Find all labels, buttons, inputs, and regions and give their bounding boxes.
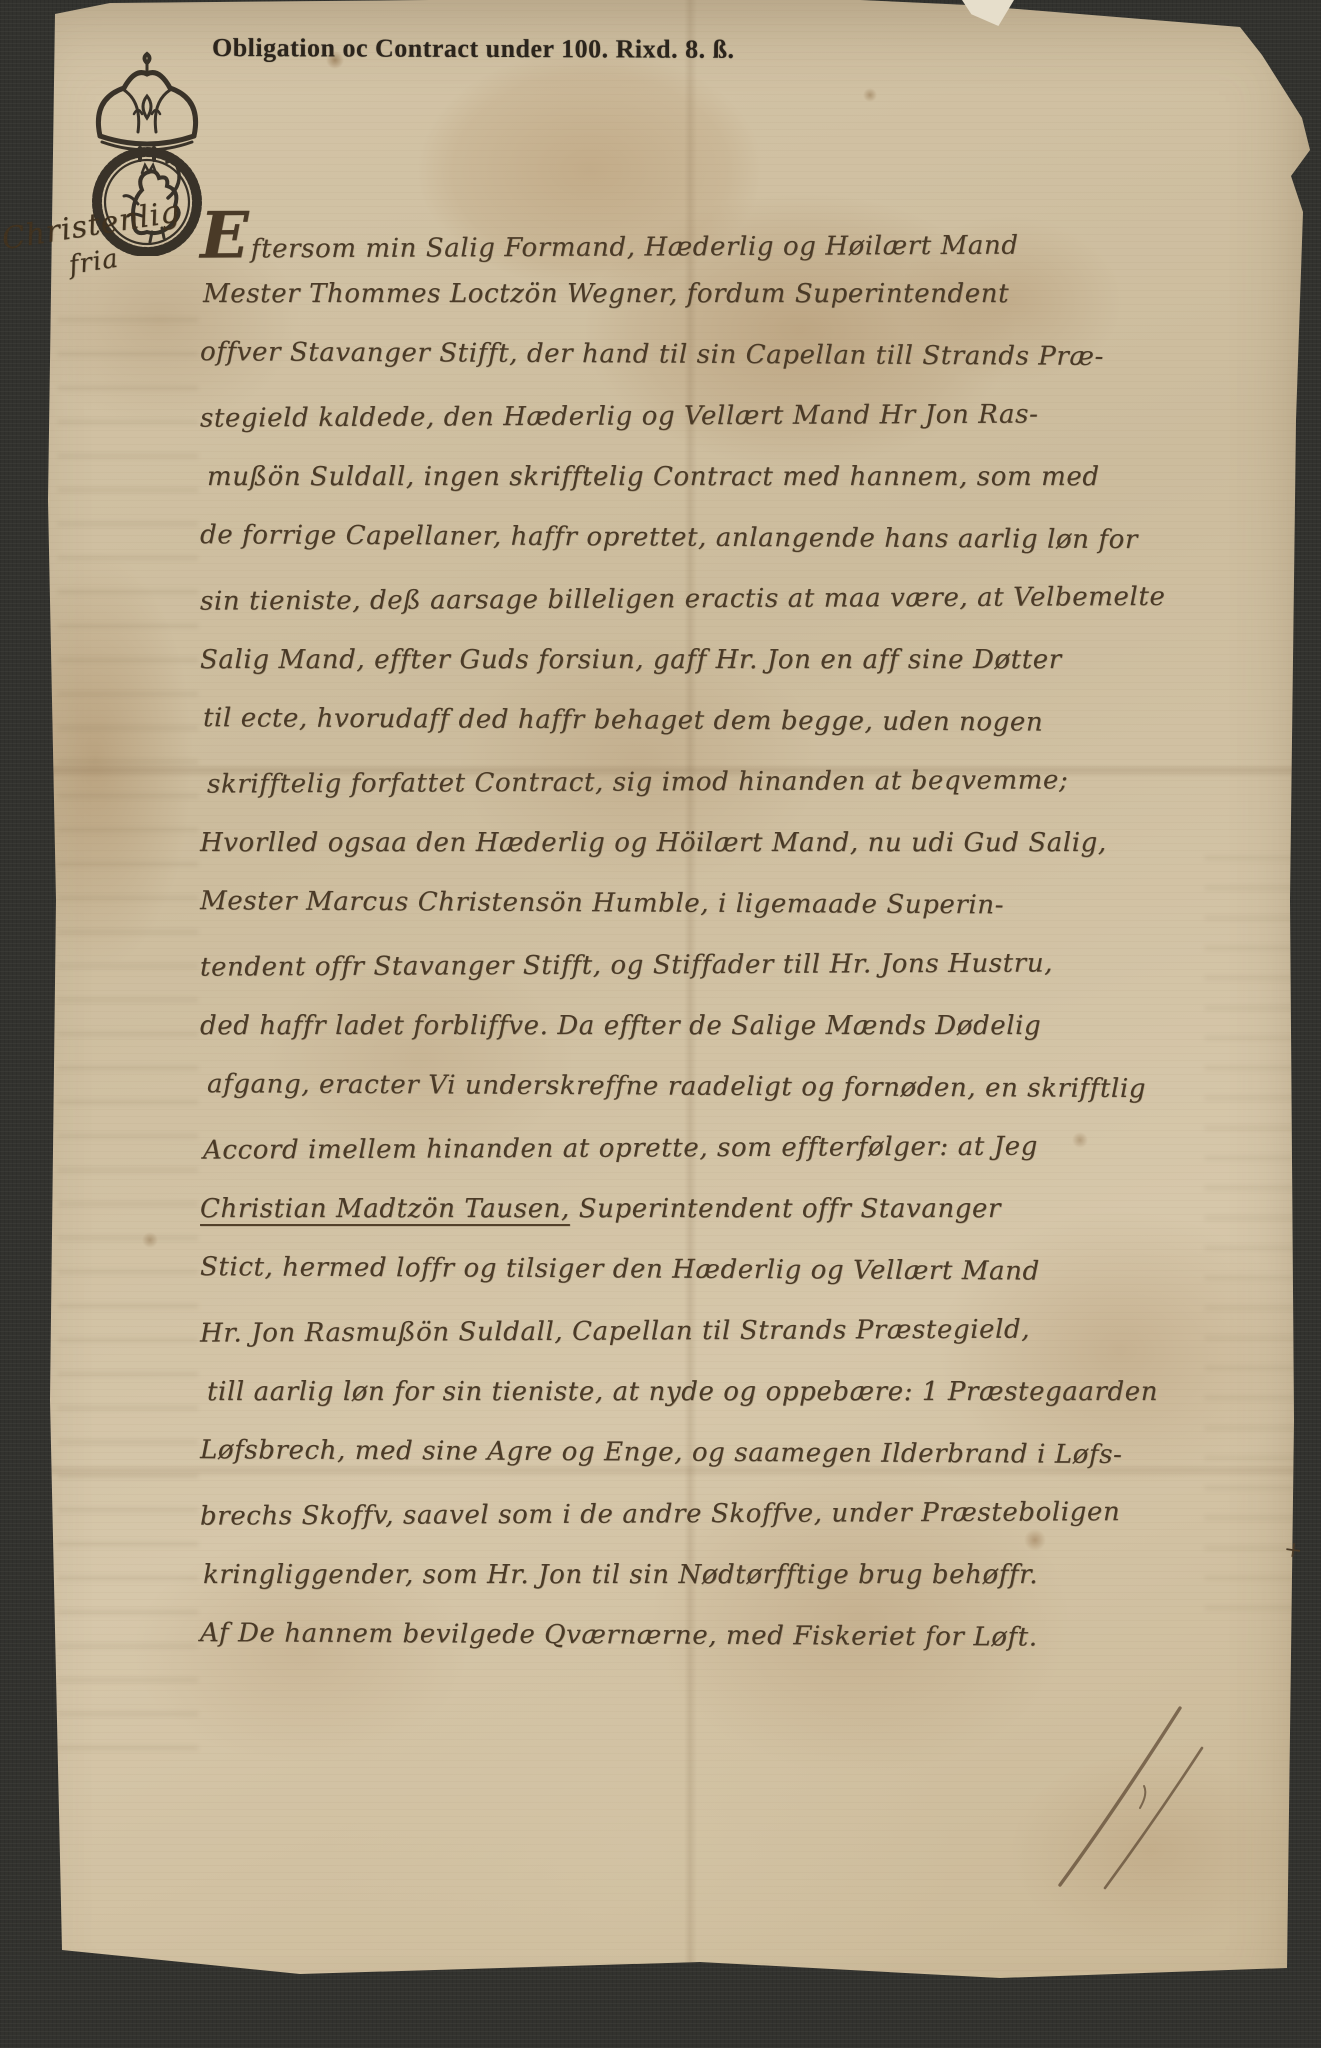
manuscript-line: ded haffr ladet forbliffve. Da effter de… (200, 996, 1280, 1057)
manuscript-line: Hvorlled ogsaa den Hæderlig og Höilært M… (200, 813, 1280, 874)
manuscript-line: kringliggender, som Hr. Jon til sin Nødt… (203, 1545, 1280, 1606)
manuscript-line: Accord imellem hinanden at oprette, som … (203, 1115, 1280, 1181)
manuscript-line: de forrige Capellaner, haffr oprettet, a… (200, 505, 1280, 572)
printed-stamp-duty-header: Obligation oc Contract under 100. Rixd. … (212, 33, 772, 65)
manuscript-line: Eftersom min Salig Formand, Hæderlig og … (200, 200, 1280, 266)
marginal-cross-mark: + (1282, 1537, 1304, 1564)
manuscript-body-text: Eftersom min Salig Formand, Hæderlig og … (200, 203, 1280, 1667)
manuscript-line: afgang, eracter Vi underskreffne raadeli… (207, 1054, 1280, 1121)
manuscript-line: Hr. Jon Rasmußön Suldall, Capellan til S… (200, 1298, 1280, 1364)
manuscript-line: stegield kaldede, den Hæderlig og Vellær… (200, 383, 1280, 449)
pen-flourish-strokes (1020, 1690, 1240, 1900)
manuscript-line: till aarlig løn for sin tieniste, at nyd… (207, 1362, 1280, 1423)
manuscript-line: sin tieniste, deß aarsage billeligen era… (200, 566, 1280, 632)
manuscript-line: tendent offr Stavanger Stifft, og Stiffa… (200, 932, 1280, 998)
manuscript-line: Af De hannem bevilgede Qværnærne, med Fi… (200, 1603, 1280, 1670)
line-continuation: Superintendent offr Stavanger (570, 1194, 1001, 1224)
manuscript-line: mußön Suldall, ingen skrifftelig Contrac… (207, 447, 1280, 508)
manuscript-line: Mester Marcus Christensön Humble, i lige… (200, 871, 1280, 938)
underlined-name: Christian Madtzön Tausen, (200, 1194, 570, 1224)
manuscript-line: Stict, hermed loffr og tilsiger den Hæde… (200, 1237, 1280, 1304)
manuscript-line-underlined-name: Christian Madtzön Tausen, Superintendent… (200, 1179, 1280, 1240)
manuscript-line: Salig Mand, effter Guds forsiun, gaff Hr… (200, 630, 1280, 691)
manuscript-line: til ecte, hvorudaff ded haffr behaget de… (203, 688, 1280, 755)
manuscript-line: skrifftelig forfattet Contract, sig imod… (207, 749, 1280, 815)
manuscript-line: Mester Thommes Loctzön Wegner, fordum Su… (203, 264, 1280, 325)
manuscript-line: brechs Skoffv, saavel som i de andre Sko… (200, 1481, 1280, 1547)
manuscript-photo-canvas: { "document": { "kind_label": "17th-cent… (0, 0, 1321, 2048)
ink-bleedthrough-left (58, 300, 198, 1750)
manuscript-line: Løfsbrech, med sine Agre og Enge, og saa… (200, 1420, 1280, 1487)
manuscript-line: offver Stavanger Stifft, der hand til si… (200, 322, 1280, 389)
